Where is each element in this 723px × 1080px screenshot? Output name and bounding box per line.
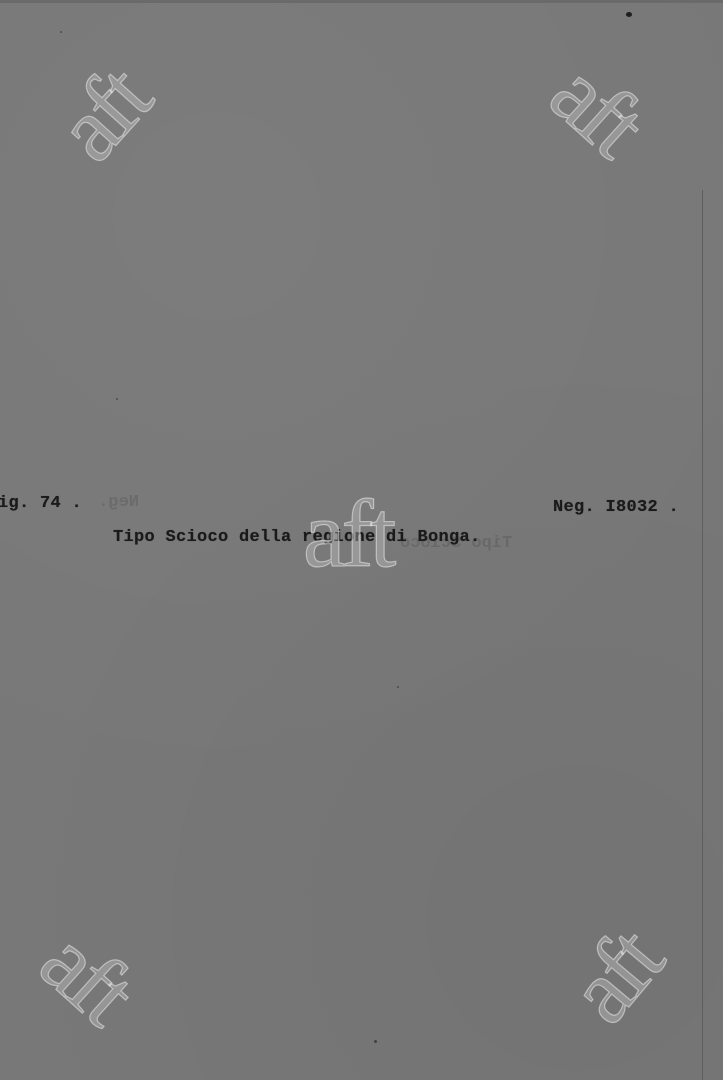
photo-caption: Tipo Scioco della regione di Bonga. [113,528,481,547]
watermark-bottom-right: aft [552,914,677,1038]
watermark-bottom-left: aft [25,913,150,1038]
dust-speck [116,398,118,400]
card-right-edge-line [702,190,703,1080]
dust-speck [397,686,399,688]
scanned-document-card: Neg. Tipo Scioco ig. 74 . Neg. I8032 . T… [0,0,723,1080]
dust-speck [374,1040,377,1043]
dust-speck [60,31,62,33]
card-top-edge [0,0,723,3]
ink-speck [626,12,632,17]
watermark-top-right: aft [535,45,660,170]
figure-number-label: ig. 74 . [0,494,82,513]
negative-number-label: Neg. I8032 . [553,498,679,517]
watermark-top-left: aft [40,52,165,177]
bleed-through-negative-text: Neg. [88,493,139,512]
